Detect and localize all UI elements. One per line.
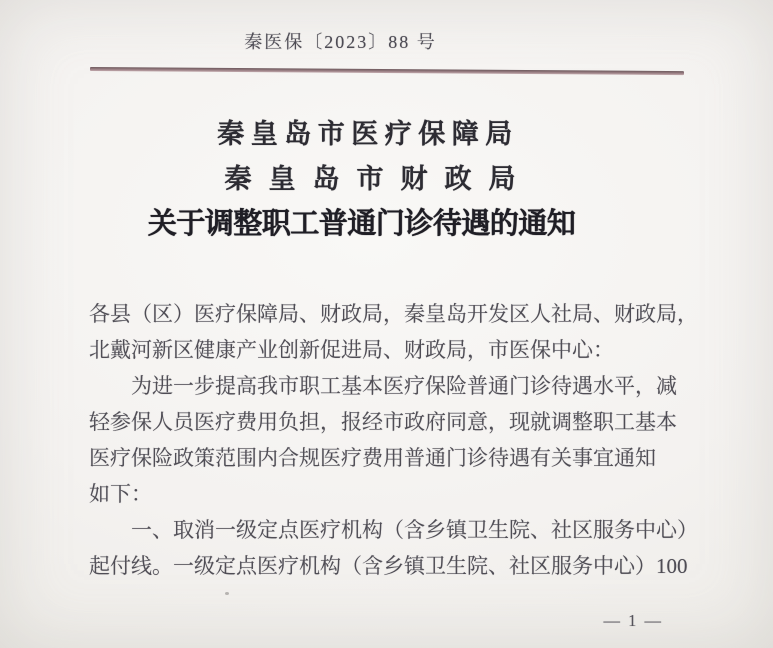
body-line-item1-2: 起付线。一级定点医疗机构（含乡镇卫生院、社区服务中心）100 [89,548,729,584]
scan-speck-artifact [225,592,229,595]
header-rule-divider [90,67,684,75]
body-line-recipients-1: 各县（区）医疗保障局、财政局，秦皇岛开发区人社局、财政局， [89,296,729,332]
body-line-recipients-2: 北戴河新区健康产业创新促进局、财政局，市医保中心： [89,332,729,368]
document-body: 各县（区）医疗保障局、财政局，秦皇岛开发区人社局、财政局， 北戴河新区健康产业创… [89,296,729,584]
page-number: — 1 — [604,611,664,631]
document-number: 秦医保〔2023〕88 号 [0,30,727,55]
body-line-paragraph1-3: 医疗保险政策范围内合规医疗费用普通门诊待遇有关事宜通知 [89,440,729,476]
body-line-paragraph1-4: 如下： [89,476,729,512]
body-line-paragraph1-1: 为进一步提高我市职工基本医疗保险普通门诊待遇水平，减 [89,368,729,404]
issuer-name-medical-bureau: 秦皇岛市医疗保障局 [0,112,755,151]
body-line-paragraph1-2: 轻参保人员医疗费用负担，报经市政府同意，现就调整职工基本 [89,404,729,440]
issuer-name-finance-bureau: 秦皇岛市财政局 [0,157,765,196]
scanned-document-page: 秦医保〔2023〕88 号 秦皇岛市医疗保障局 秦皇岛市财政局 关于调整职工普通… [0,0,773,648]
notice-title: 关于调整职工普通门诊待遇的通知 [0,201,748,242]
body-line-item1-1: 一、取消一级定点医疗机构（含乡镇卫生院、社区服务中心） [89,512,729,548]
